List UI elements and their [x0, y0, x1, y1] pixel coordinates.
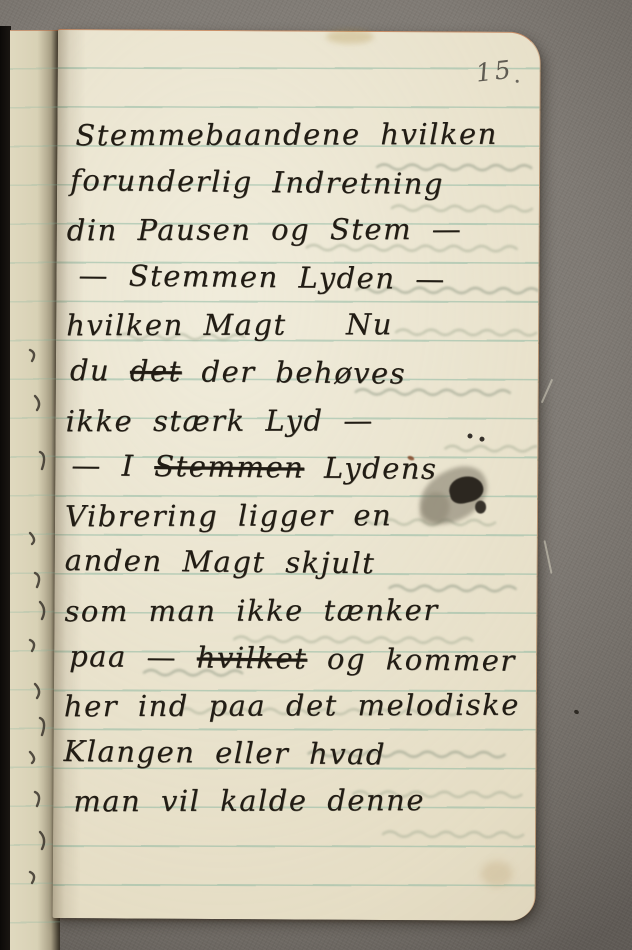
struck-word: det — [130, 354, 182, 389]
page-number: 15 — [474, 55, 515, 88]
manuscript-line: — Stemmen Lyden — — [78, 252, 532, 304]
manuscript-line: du det der behøves — [70, 347, 532, 399]
manuscript-line: man vil kalde denne — [73, 777, 529, 826]
ink-dot — [479, 437, 484, 442]
manuscript-text-segment: ikke stærk Lyd — — [66, 403, 374, 438]
paper-stain — [326, 30, 374, 44]
manuscript-text-segment: Stemmebaandene hvilken — [75, 117, 498, 152]
manuscript-line: Klangen eller hvad — [63, 728, 529, 780]
ink-blot-drip — [475, 501, 486, 514]
manuscript-line: her ind paa det melodiske — [64, 682, 530, 731]
notebook-page: 15 Stemmebaandene hvilkenforunderlig Ind… — [53, 29, 541, 921]
photograph-backdrop: 15 Stemmebaandene hvilkenforunderlig Ind… — [0, 0, 632, 950]
struck-word: hvilket — [197, 640, 308, 675]
manuscript-line: forunderlig Indretning — [70, 157, 533, 209]
manuscript-text-segment: her ind paa det melodiske — [64, 688, 520, 724]
manuscript-line: hvilken Magt Nu — [66, 301, 532, 350]
manuscript-line: ikke stærk Lyd — — [66, 396, 532, 445]
ink-dot — [468, 434, 473, 439]
manuscript-text-segment: Lydens — [304, 451, 437, 486]
manuscript-line: din Pausen og Stem — — [67, 206, 533, 255]
manuscript-text-segment: forunderlig Indretning — [70, 163, 444, 201]
manuscript-text-segment: der behøves — [182, 354, 407, 390]
manuscript-text-segment: din Pausen og Stem — — [67, 212, 463, 247]
manuscript-text-segment: man vil kalde denne — [73, 783, 425, 818]
manuscript-text-segment: som man ikke tænker — [64, 593, 438, 628]
manuscript-text-segment: paa — — [69, 639, 197, 674]
struck-word: Stemmen — [154, 449, 304, 485]
paper-stain — [481, 861, 513, 887]
manuscript-text-segment: du — [70, 353, 130, 388]
manuscript-text-segment: hvilken Magt Nu — [66, 308, 393, 343]
paper-fiber — [543, 540, 552, 574]
manuscript-text-segment: anden Magt skjult — [65, 543, 376, 580]
debris-speck — [573, 709, 579, 715]
manuscript-line: Stemmebaandene hvilken — [75, 111, 533, 160]
manuscript-line: anden Magt skjult — [65, 537, 531, 589]
manuscript-line: som man ikke tænker — [64, 587, 530, 636]
manuscript-text-segment: — Stemmen Lyden — — [78, 258, 446, 296]
manuscript-line: paa — hvilket og kommer — [69, 633, 530, 685]
manuscript-text-segment: — I — [71, 448, 154, 483]
pencil-dot — [516, 80, 519, 83]
paper-fiber — [541, 379, 553, 404]
manuscript-text-segment: og kommer — [307, 641, 516, 677]
manuscript-text-segment: Vibrering ligger en — [65, 498, 392, 533]
manuscript-text-segment: Klangen eller hvad — [63, 734, 386, 771]
